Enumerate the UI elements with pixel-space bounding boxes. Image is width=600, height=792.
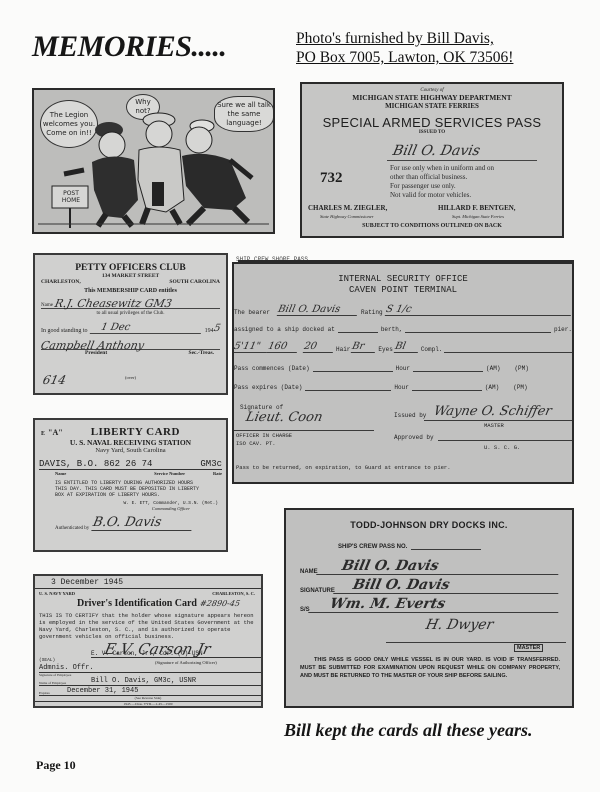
michigan-armed-services-pass: Courtesy of MICHIGAN STATE HIGHWAY DEPAR… (300, 82, 564, 238)
dept-name: MICHIGAN STATE HIGHWAY DEPARTMENT (302, 93, 562, 102)
pass-no-row: SHIP'S CREW PASS NO. (338, 544, 572, 550)
security-office: INTERNAL SECURITY OFFICE CAVEN POINT TER… (234, 274, 572, 296)
pass-title: SPECIAL ARMED SERVICES PASS (302, 115, 562, 130)
card-title-row: Driver's Identification Card #2890-45 (77, 598, 261, 609)
authenticated-row: Authenticated by B.O. Davis (55, 515, 226, 531)
master-signature: Wayne O. Schiffer (432, 404, 553, 419)
card-number: #2890-45 (199, 599, 241, 608)
credit-line-2: PO Box 7005, Lawton, OK 73506! (296, 48, 513, 67)
signature-row: SIGNATURE Bill O. Davis (300, 577, 560, 594)
cartoon-sailors-illustration (34, 90, 273, 232)
pass-terms: THIS PASS IS GOOD ONLY WHILE VESSEL IS I… (300, 656, 560, 680)
company-name: TODD-JOHNSON DRY DOCKS INC. (286, 520, 572, 530)
expires-row: Pass expires (Date) Hour (AM) (PM) (234, 384, 572, 391)
expiration-date: December 31, 1945 (67, 687, 138, 695)
issued-by-label: Issued by (394, 412, 426, 419)
liberty-conditions: IS ENTITLED TO LIBERTY DURING AUTHORIZED… (55, 480, 206, 498)
club-title: PETTY OFFICERS CLUB (35, 263, 226, 273)
master-signature: H. Dwyer (424, 617, 495, 633)
name-row: NAME Bill O. Davis (300, 558, 560, 575)
sailor-id-row: DAVIS, B.O. 862 26 74 GM3c (39, 459, 222, 470)
officer-in-charge: OFFICER IN CHARGE ISO CAV. PT. (236, 432, 292, 448)
liberty-card-heading: E "A" LIBERTY CARD (41, 426, 226, 438)
assigned-row: assigned to a ship docked at berth, pier… (234, 326, 572, 333)
employee-row: Name of Employee Bill O. Davis, GM3c, US… (39, 677, 261, 686)
todd-johnson-crew-pass: TODD-JOHNSON DRY DOCKS INC. SHIP'S CREW … (284, 508, 574, 708)
issued-to-label: ISSUED TO (302, 130, 562, 135)
page-caption: Bill kept the cards all these years. (284, 720, 532, 741)
member-name: R.J. Cheasewitz GM3 (54, 297, 174, 310)
officer-signatures: Campbell Anthony (41, 336, 220, 350)
pass-terms: For use only when in uniform and on othe… (390, 164, 494, 200)
station-name: U. S. NAVAL RECEIVING STATION (35, 438, 226, 447)
ferries-name: MICHIGAN STATE FERRIES (302, 102, 562, 110)
certification-text: THIS IS TO CERTIFY that the holder whose… (39, 612, 257, 640)
master-label: MASTER (514, 644, 543, 652)
good-standing-line: In good standing to 1 Dec 194 5 (41, 322, 220, 334)
post-home-sign: POST HOME (54, 190, 88, 204)
cartoon-postcard: The Legion welcomes you. Come on in!! Wh… (32, 88, 275, 234)
club-city-state: CHARLESTON,SOUTH CAROLINA (35, 279, 226, 285)
page-title: MEMORIES..... (32, 30, 226, 64)
station-location: Navy Yard, South Carolina (35, 447, 226, 454)
pass-footer: SUBJECT TO CONDITIONS OUTLINED ON BACK (302, 223, 562, 229)
drivers-identification-card: 3 December 1945 U. S. NAVY YARDCHARLESTO… (33, 574, 263, 708)
holder-signature: Bill O. Davis (391, 143, 481, 159)
bearer-row: The bearer Bill O. Davis Rating S 1/c (234, 304, 572, 316)
official-right-title: Supt. Michigan State Ferries (452, 214, 504, 219)
official-right-name: HILLARD F. BENTGEN, (438, 204, 516, 212)
approved-by-label: Approved by (394, 434, 434, 441)
privileges-text: to all usual privileges of the Club. (35, 311, 226, 316)
employee-name: Bill O. Davis, GM3c, USNR (91, 677, 196, 685)
date-stamp: 3 December 1945 (51, 578, 261, 587)
expires-row: Expires December 31, 1945 (39, 687, 261, 696)
petty-officers-club-card: PETTY OFFICERS CLUB 134 MARKET STREET CH… (33, 253, 228, 395)
authorizer-title: Admnis. Offr. (39, 664, 261, 673)
page-number: Page 10 (36, 758, 76, 773)
official-left-title: State Highway Commissioner (320, 214, 374, 219)
authorizer-name: E. V. Carson, Jr., Cdr. (C) USN (91, 650, 261, 658)
return-instructions: Pass to be returned, on expiration, to G… (236, 464, 451, 471)
description-row: 5'11" 160 20 Hair Br Eyes Bl Compl. (234, 341, 572, 353)
navy-yard-row: U. S. NAVY YARDCHARLESTON, S. C. (35, 589, 261, 596)
liberty-card: E "A" LIBERTY CARD U. S. NAVAL RECEIVING… (33, 418, 228, 552)
commences-row: Pass commences (Date) Hour (AM) (PM) (234, 365, 572, 372)
pass-number: 732 (320, 170, 343, 187)
official-left-name: CHARLES M. ZIEGLER, (308, 204, 387, 212)
officer-signature: Lieut. Coon (244, 410, 324, 425)
id-row-labels: Name Service Number Rate (39, 471, 222, 476)
member-number: 614 (42, 373, 68, 387)
photo-credit: Photo's furnished by Bill Davis, PO Box … (296, 29, 513, 67)
form-number: 1945 —Chas. VYD.—1-45—1500 (35, 702, 261, 706)
ship-row: S/S Wm. M. Everts (300, 596, 560, 613)
caven-point-shore-pass: INTERNAL SECURITY OFFICE CAVEN POINT TER… (232, 262, 574, 484)
signature-line: Bill O. Davis (387, 142, 537, 161)
credit-line-1: Photo's furnished by Bill Davis, (296, 29, 513, 48)
member-name-line: Name R.J. Cheasewitz GM3 (41, 294, 220, 309)
